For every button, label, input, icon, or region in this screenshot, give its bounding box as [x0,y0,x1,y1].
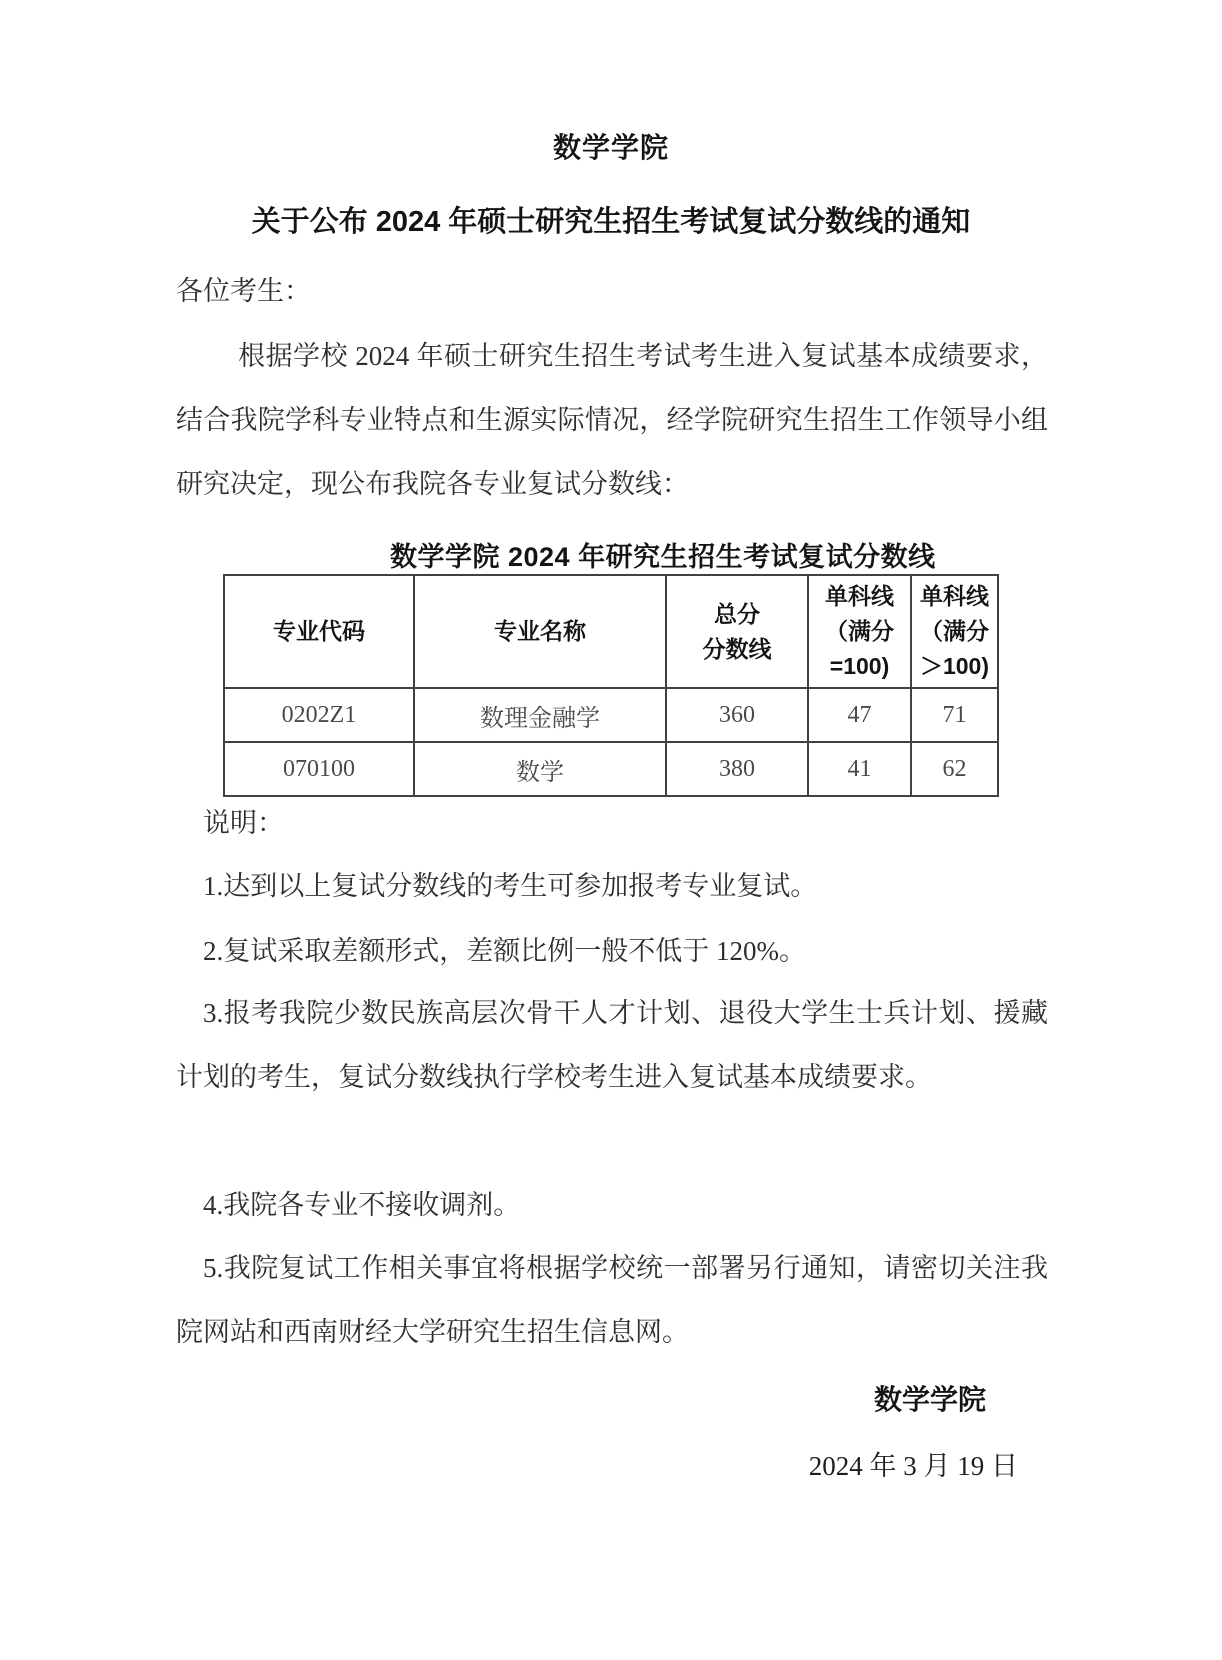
note-item: 2.复试采取差额形式，差额比例一般不低于 120%。 [176,919,1048,983]
table-row: 070100 数学 380 41 62 [224,742,998,796]
table-cell-total-score: 360 [666,688,808,742]
table-row: 0202Z1 数理金融学 360 47 71 [224,688,998,742]
signature-name: 数学学院 [176,1368,1048,1432]
table-cell-single-over-100: 71 [911,688,998,742]
note-item: 5.我院复试工作相关事宜将根据学校统一部署另行通知，请密切关注我院网站和西南财经… [176,1236,1048,1364]
column-header-single-subject-over-100: 单科线 （满分 ＞100) [911,575,998,688]
table-cell-major-name: 数学 [414,742,666,796]
doc-subtitle: 关于公布 2024 年硕士研究生招生考试复试分数线的通知 [0,205,1222,239]
table-cell-major-code: 0202Z1 [224,688,414,742]
note-item: 4.我院各专业不接收调剂。 [176,1173,1048,1237]
column-header-total-score-line: 总分 分数线 [666,575,808,688]
table-header-row: 专业代码 专业名称 总分 分数线 单科线 （满分 =100) 单科线 （满分 ＞… [224,575,998,688]
intro-paragraph: 根据学校 2024 年硕士研究生招生考试考生进入复试基本成绩要求，结合我院学科专… [176,324,1048,516]
note-item: 3.报考我院少数民族高层次骨干人才计划、退役大学生士兵计划、援藏计划的考生，复试… [176,981,1048,1109]
table-cell-total-score: 380 [666,742,808,796]
table-cell-single-100: 47 [808,688,911,742]
notes-label: 说明： [176,806,1048,840]
table-cell-major-name: 数理金融学 [414,688,666,742]
column-header-single-subject-100: 单科线 （满分 =100) [808,575,911,688]
table-cell-major-code: 070100 [224,742,414,796]
table-cell-single-over-100: 62 [911,742,998,796]
doc-title: 数学学院 [0,131,1222,165]
note-item: 1.达到以上复试分数线的考生可参加报考专业复试。 [176,854,1048,918]
table-cell-single-100: 41 [808,742,911,796]
score-table: 专业代码 专业名称 总分 分数线 单科线 （满分 =100) 单科线 （满分 ＞… [223,574,999,797]
salutation: 各位考生： [176,274,1048,308]
score-table-title: 数学学院 2024 年研究生招生考试复试分数线 [390,541,936,573]
signature-date: 2024 年 3 月 19 日 [176,1434,1048,1498]
column-header-major-code: 专业代码 [224,575,414,688]
document-page: 数学学院 关于公布 2024 年硕士研究生招生考试复试分数线的通知 各位考生： … [0,0,1222,1660]
column-header-major-name: 专业名称 [414,575,666,688]
